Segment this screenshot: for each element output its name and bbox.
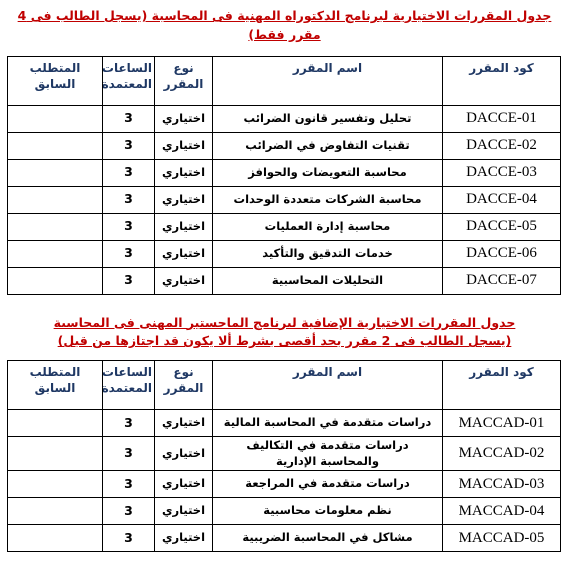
- course-type-cell: اختياري: [155, 213, 213, 240]
- masters-electives-title: جدول المقررات الاختيارية الإضافية لبرنام…: [12, 314, 557, 352]
- course-code-cell: MACCAD-02: [443, 437, 561, 471]
- course-type-cell: اختياري: [155, 498, 213, 525]
- course-type-cell: اختياري: [155, 410, 213, 437]
- credit-hours-cell: 3: [103, 410, 155, 437]
- phd-electives-title: جدول المقررات الاختيارية لبرنامج الدكتور…: [12, 7, 557, 45]
- course-name-cell: نظم معلومات محاسبية: [213, 498, 443, 525]
- course-name-cell: دراسات متقدمة في المراجعة: [213, 471, 443, 498]
- course-type-cell: اختياري: [155, 186, 213, 213]
- course-code-cell: DACCE-01: [443, 105, 561, 132]
- course-code-cell: DACCE-04: [443, 186, 561, 213]
- course-name-cell: التحليلات المحاسبية: [213, 267, 443, 294]
- course-type-cell: اختياري: [155, 105, 213, 132]
- course-name-cell: خدمات التدقيق والتأكيد: [213, 240, 443, 267]
- course-code-cell: MACCAD-04: [443, 498, 561, 525]
- course-name-cell: مشاكل في المحاسبة الضريبية: [213, 525, 443, 552]
- header-course-code: كود المقرر: [443, 56, 561, 105]
- course-code-cell: DACCE-02: [443, 132, 561, 159]
- course-name-cell: محاسبة إدارة العمليات: [213, 213, 443, 240]
- table-row: DACCE-05 محاسبة إدارة العمليات اختياري 3: [8, 213, 561, 240]
- credit-hours-cell: 3: [103, 437, 155, 471]
- course-type-cell: اختياري: [155, 267, 213, 294]
- table-row: DACCE-03 محاسبة التعويضات والحوافز اختيا…: [8, 159, 561, 186]
- credit-hours-cell: 3: [103, 159, 155, 186]
- table-row: DACCE-04 محاسبة الشركات متعددة الوحدات ا…: [8, 186, 561, 213]
- header-prerequisite: المتطلب السابق: [8, 361, 103, 410]
- course-code-cell: MACCAD-05: [443, 525, 561, 552]
- table-row: DACCE-06 خدمات التدقيق والتأكيد اختياري …: [8, 240, 561, 267]
- course-type-cell: اختياري: [155, 525, 213, 552]
- course-type-cell: اختياري: [155, 132, 213, 159]
- credit-hours-cell: 3: [103, 498, 155, 525]
- prerequisite-cell: [8, 240, 103, 267]
- course-code-cell: MACCAD-01: [443, 410, 561, 437]
- course-type-cell: اختياري: [155, 159, 213, 186]
- table-row: MACCAD-05 مشاكل في المحاسبة الضريبية اخت…: [8, 525, 561, 552]
- header-credit-hours: الساعات المعتمدة: [103, 56, 155, 105]
- table-row: DACCE-01 تحليل وتفسير قانون الضرائب اختي…: [8, 105, 561, 132]
- prerequisite-cell: [8, 437, 103, 471]
- credit-hours-cell: 3: [103, 267, 155, 294]
- course-name-cell: تحليل وتفسير قانون الضرائب: [213, 105, 443, 132]
- course-code-cell: DACCE-03: [443, 159, 561, 186]
- course-type-cell: اختياري: [155, 240, 213, 267]
- prerequisite-cell: [8, 186, 103, 213]
- course-code-cell: MACCAD-03: [443, 471, 561, 498]
- course-code-cell: DACCE-06: [443, 240, 561, 267]
- masters-electives-table: كود المقرر اسم المقرر نوع المقرر الساعات…: [7, 360, 561, 552]
- table-row: MACCAD-03 دراسات متقدمة في المراجعة اختي…: [8, 471, 561, 498]
- course-name-cell: تقنيات التفاوض في الضرائب: [213, 132, 443, 159]
- credit-hours-cell: 3: [103, 186, 155, 213]
- prerequisite-cell: [8, 213, 103, 240]
- credit-hours-cell: 3: [103, 525, 155, 552]
- credit-hours-cell: 3: [103, 105, 155, 132]
- course-code-cell: DACCE-07: [443, 267, 561, 294]
- prerequisite-cell: [8, 471, 103, 498]
- header-course-code: كود المقرر: [443, 361, 561, 410]
- table-row: DACCE-07 التحليلات المحاسبية اختياري 3: [8, 267, 561, 294]
- course-code-cell: DACCE-05: [443, 213, 561, 240]
- header-course-name: اسم المقرر: [213, 56, 443, 105]
- header-prerequisite: المتطلب السابق: [8, 56, 103, 105]
- credit-hours-cell: 3: [103, 471, 155, 498]
- header-course-type: نوع المقرر: [155, 361, 213, 410]
- course-name-cell: محاسبة الشركات متعددة الوحدات: [213, 186, 443, 213]
- table-row: MACCAD-04 نظم معلومات محاسبية اختياري 3: [8, 498, 561, 525]
- header-course-name: اسم المقرر: [213, 361, 443, 410]
- prerequisite-cell: [8, 267, 103, 294]
- prerequisite-cell: [8, 410, 103, 437]
- credit-hours-cell: 3: [103, 240, 155, 267]
- header-credit-hours: الساعات المعتمدة: [103, 361, 155, 410]
- course-name-cell: دراسات متقدمة في التكاليف والمحاسبة الإد…: [213, 437, 443, 471]
- table-row: DACCE-02 تقنيات التفاوض في الضرائب اختيا…: [8, 132, 561, 159]
- prerequisite-cell: [8, 525, 103, 552]
- credit-hours-cell: 3: [103, 213, 155, 240]
- header-row: كود المقرر اسم المقرر نوع المقرر الساعات…: [8, 361, 561, 410]
- course-name-cell: دراسات متقدمة في المحاسبة المالية: [213, 410, 443, 437]
- prerequisite-cell: [8, 159, 103, 186]
- prerequisite-cell: [8, 498, 103, 525]
- header-course-type: نوع المقرر: [155, 56, 213, 105]
- prerequisite-cell: [8, 105, 103, 132]
- document-page: جدول المقررات الاختيارية لبرنامج الدكتور…: [0, 0, 569, 576]
- table-row: MACCAD-02 دراسات متقدمة في التكاليف والم…: [8, 437, 561, 471]
- course-name-cell: محاسبة التعويضات والحوافز: [213, 159, 443, 186]
- credit-hours-cell: 3: [103, 132, 155, 159]
- course-type-cell: اختياري: [155, 471, 213, 498]
- table-row: MACCAD-01 دراسات متقدمة في المحاسبة الما…: [8, 410, 561, 437]
- header-row: كود المقرر اسم المقرر نوع المقرر الساعات…: [8, 56, 561, 105]
- prerequisite-cell: [8, 132, 103, 159]
- phd-electives-table: كود المقرر اسم المقرر نوع المقرر الساعات…: [7, 56, 561, 295]
- course-type-cell: اختياري: [155, 437, 213, 471]
